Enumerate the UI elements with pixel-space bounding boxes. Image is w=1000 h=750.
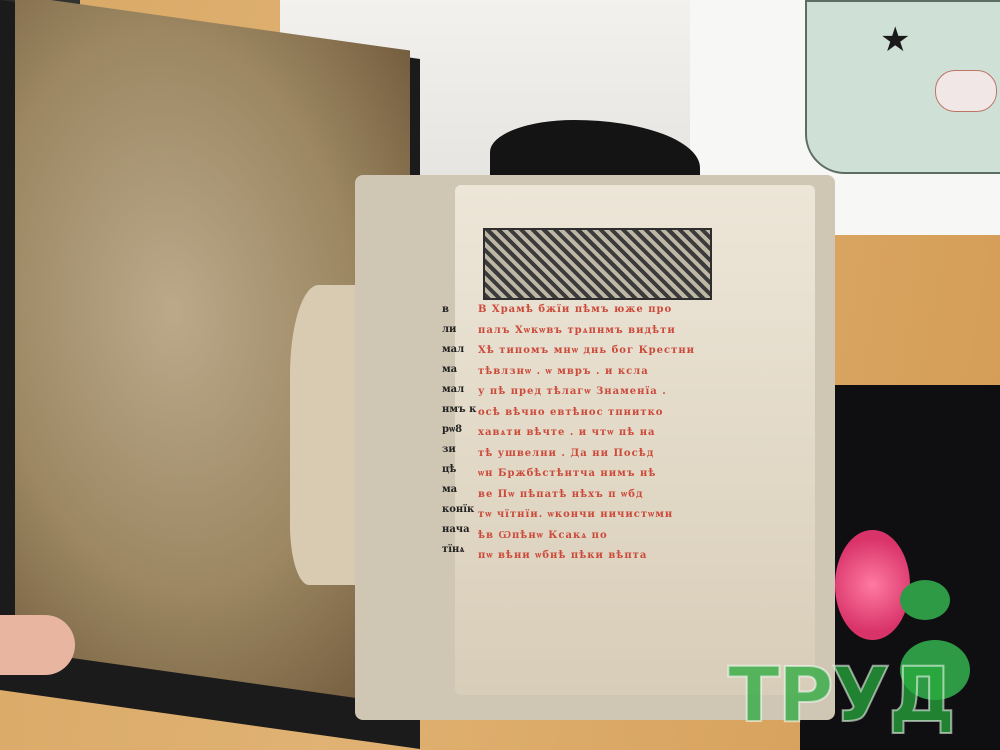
text-line: ѣв Ѡпѣнѡ Ксакѧ по xyxy=(478,526,718,547)
star-icon: ★ xyxy=(880,20,910,60)
text-line: В Храмѣ бжїи пѣмъ юже про xyxy=(478,300,718,321)
hand xyxy=(0,615,75,675)
text-line: хавѧти вѣчте . и чтѡ пѣ на xyxy=(478,423,718,444)
text-line: осѣ вѣчно евтѣнос тпнитко xyxy=(478,403,718,424)
text-line: пѡ вѣни ѡбнѣ пѣки вѣпта xyxy=(478,546,718,567)
ornamental-headpiece xyxy=(483,228,712,300)
text-line: ве Пѡ пѣпатѣ нѣхъ п ѡбд xyxy=(478,485,718,506)
text-line: ѡн Бржбѣстѣнтча нимъ нѣ xyxy=(478,464,718,485)
drawn-hand xyxy=(935,70,997,112)
text-line: Хѣ типомъ мнѡ днь бог Крестни xyxy=(478,341,718,362)
rose-pattern xyxy=(835,530,910,640)
text-line: тѣ ушвелни . Да ни Посѣд xyxy=(478,444,718,465)
text-line: палъ Хѡкѡвъ трѧпнмъ видѣти xyxy=(478,321,718,342)
leaf-pattern xyxy=(900,580,950,620)
red-ink-text: В Храмѣ бжїи пѣмъ юже про палъ Хѡкѡвъ тр… xyxy=(478,300,718,567)
text-line: тѣвлзнѡ . ѡ мвръ . и ксла xyxy=(478,362,718,383)
watermark-logo: ТРУД xyxy=(728,650,954,739)
text-line: у пѣ пред тѣлагѡ Знаменїа . xyxy=(478,382,718,403)
photo-scene: ★ в ли мал ма мал нмъ к рѡ8 зи цѣ ма кон… xyxy=(0,0,1000,750)
text-line: тѡ чїтнїи. ѡкончи ничистѡмн xyxy=(478,505,718,526)
